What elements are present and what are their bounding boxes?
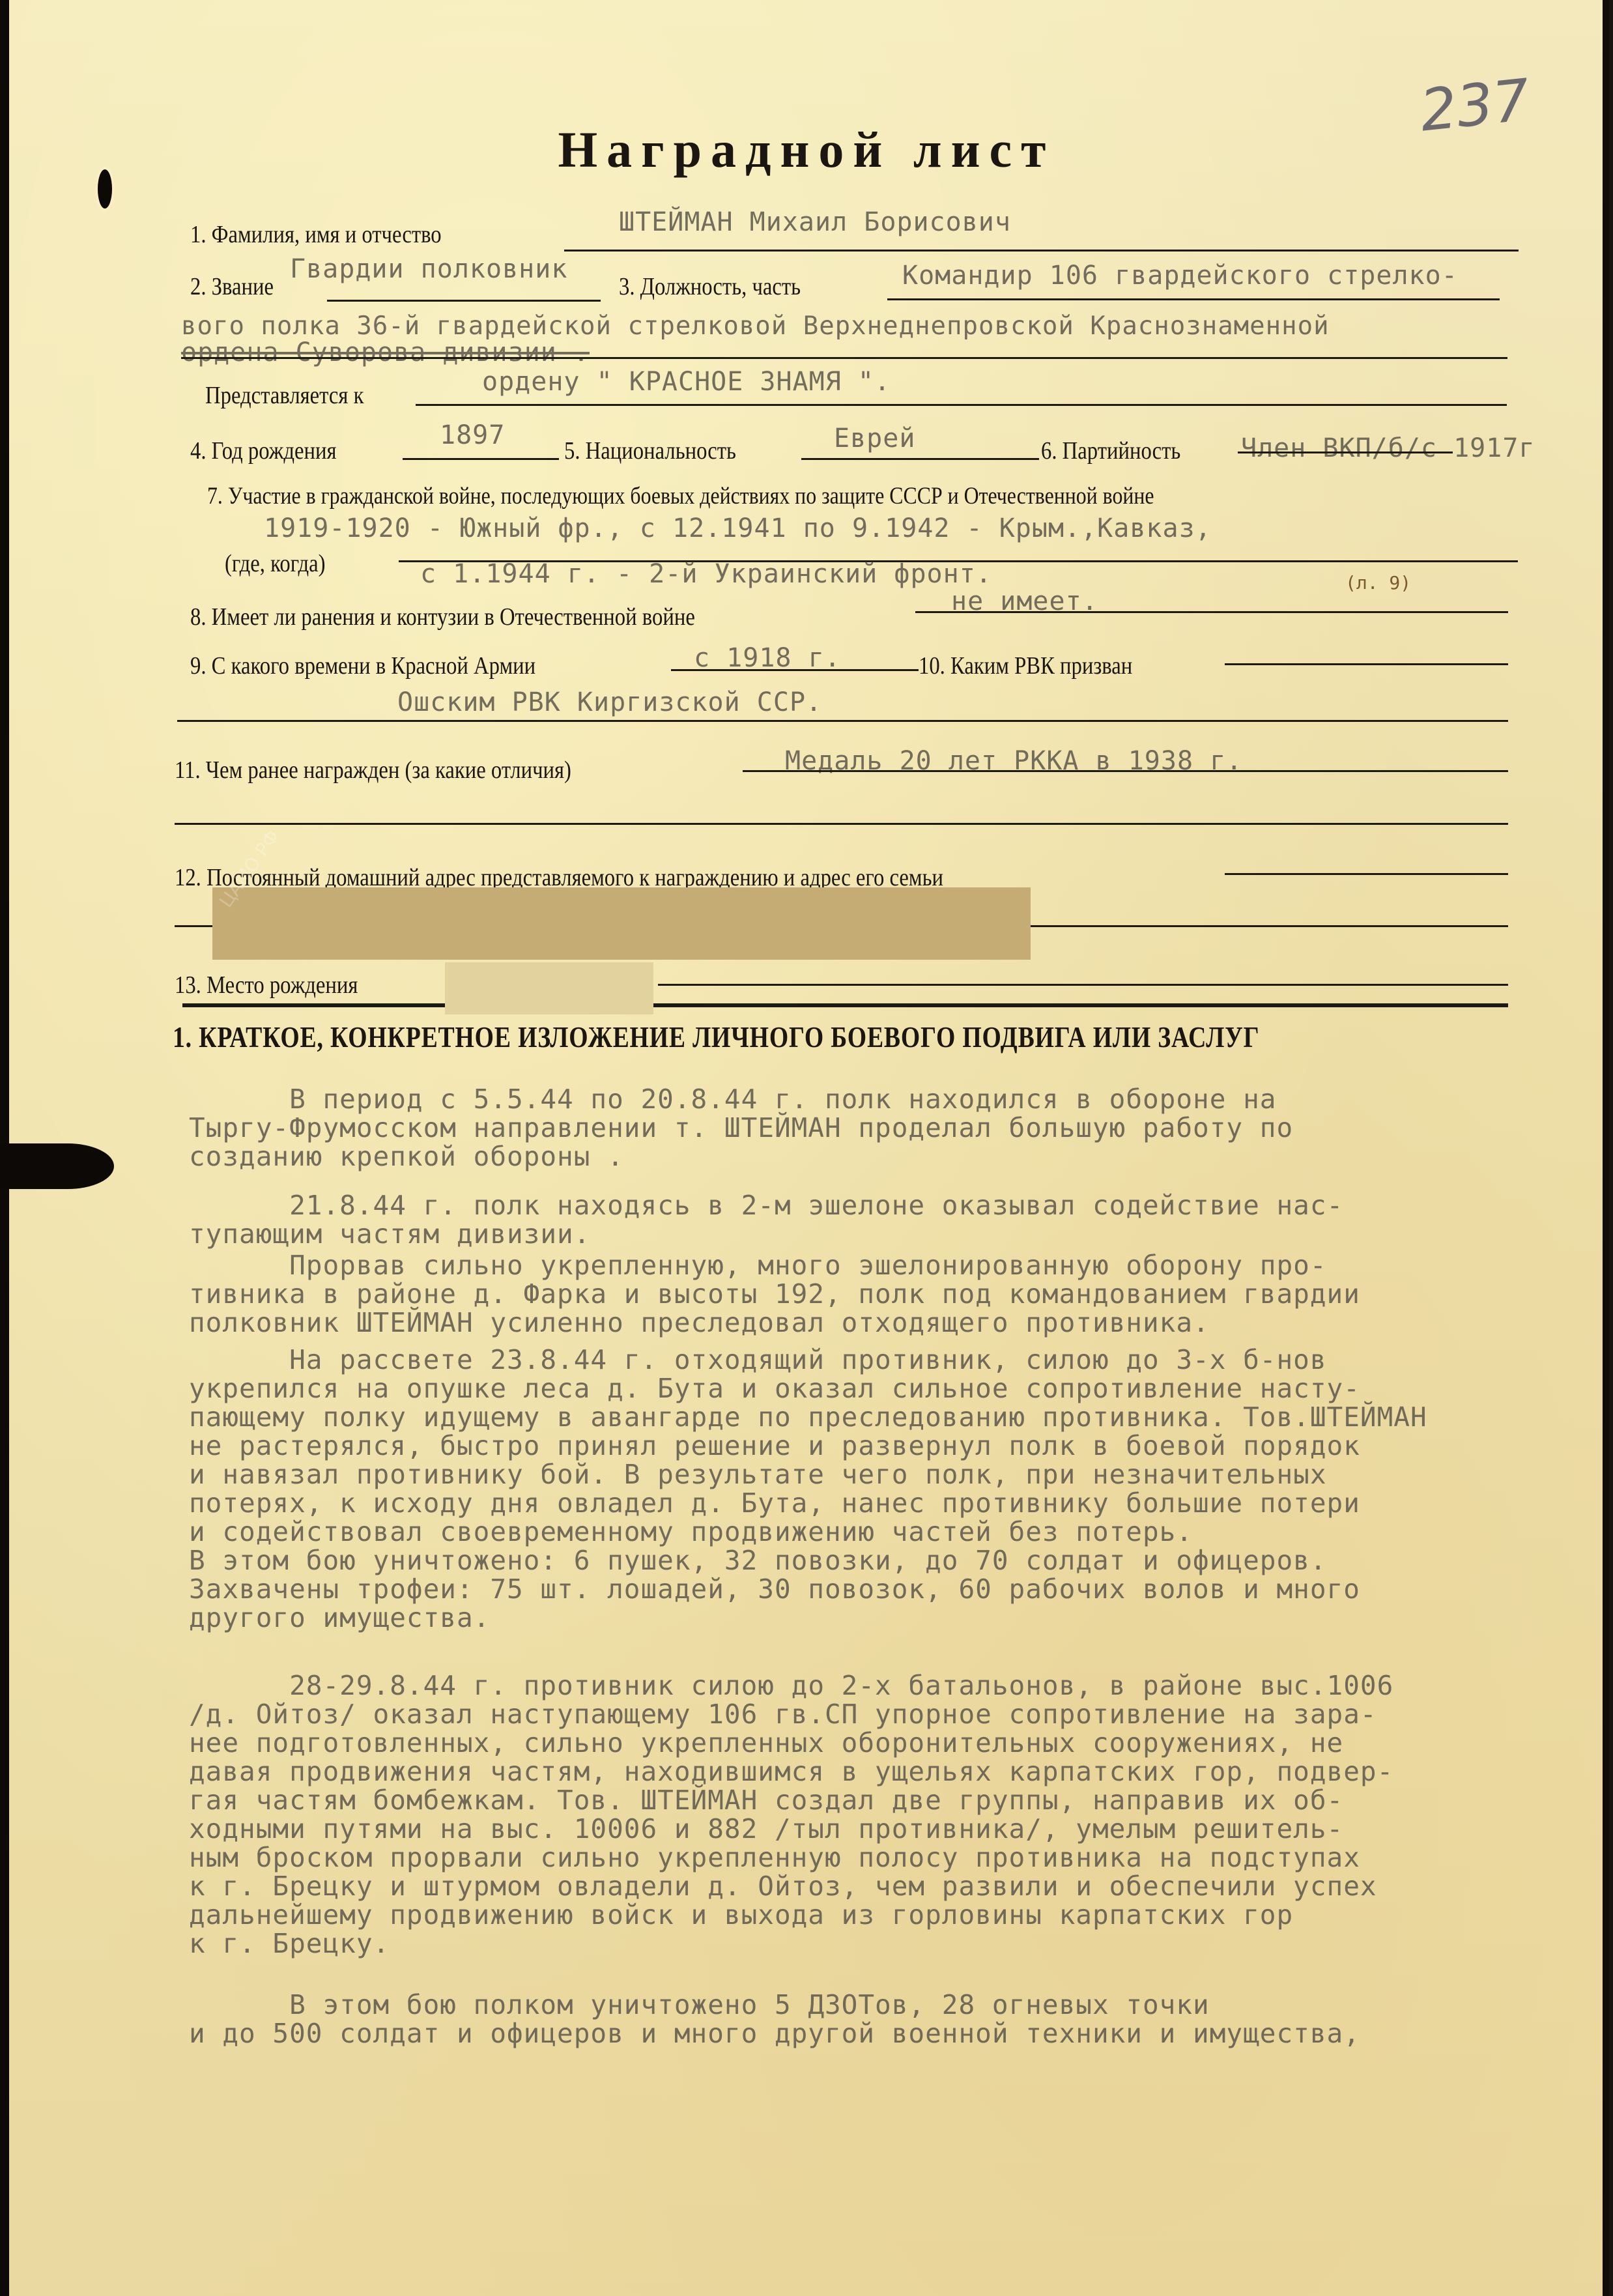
narrative-paragraph-2: 21.8.44 г. полк находясь в 2-м эшелоне о… <box>189 1191 1577 1248</box>
field-5-label: 5. Национальность <box>564 437 736 465</box>
document-title: Наградной лист <box>0 121 1613 179</box>
field-9-rule <box>671 669 919 671</box>
narrative-paragraph-4: На рассвете 23.8.44 г. отходящий противн… <box>189 1345 1577 1632</box>
field-11-rule <box>743 770 1508 772</box>
field-2-label: 2. Звание <box>190 272 274 301</box>
field-3-value-line1: Командир 106 гвардейского стрелко- <box>902 261 1458 291</box>
narrative-paragraph-3: Прорвав сильно укрепленную, много эшелон… <box>189 1251 1577 1337</box>
field-2-rule <box>327 300 601 302</box>
field-7-sublabel: (где, когда) <box>225 549 325 578</box>
field-11-rule-2 <box>175 823 1508 825</box>
field-10-rule-2 <box>177 720 1508 722</box>
archive-page-number: 237 <box>1417 66 1533 145</box>
field-8-rule <box>915 611 1508 613</box>
field-7-value-line2: с 1.1944 г. - 2-й Украинский фронт. <box>420 559 992 589</box>
field-8-label: 8. Имеет ли ранения и контузии в Отечест… <box>190 603 695 631</box>
address-redaction <box>212 887 1031 960</box>
narrative-paragraph-5: 28-29.8.44 г. противник силою до 2-х бат… <box>189 1671 1577 1958</box>
field-3-value-line2: вого полка 36-й гвардейской стрелковой В… <box>181 311 1330 341</box>
field-1-rule <box>564 250 1519 251</box>
field-5-value: Еврей <box>834 423 915 453</box>
birthplace-redaction <box>445 962 653 1014</box>
field-4-value: 1897 <box>440 420 505 450</box>
field-5-rule <box>801 458 1039 460</box>
field-7-label: 7. Участие в гражданской войне, последую… <box>207 482 1154 510</box>
field-3-rule-2 <box>181 357 1507 359</box>
field-1-label: 1. Фамилия, имя и отчество <box>190 220 442 249</box>
field-10-value: Ошским РВК Киргизской ССР. <box>397 687 822 717</box>
field-1-value: ШТЕЙМАН Михаил Борисович <box>619 207 1011 237</box>
field-10-rule <box>1225 663 1508 665</box>
field-10-label: 10. Каким РВК призван <box>919 652 1132 680</box>
field-13-rule-2 <box>182 1003 1508 1007</box>
field-3-rule <box>887 298 1500 300</box>
field-11-label: 11. Чем ранее награжден (за какие отличи… <box>175 756 571 784</box>
field-6-rule <box>1238 452 1453 453</box>
field-13-label: 13. Место рождения <box>175 971 358 999</box>
narrative-paragraph-6: В этом бою полком уничтожено 5 ДЗОТов, 2… <box>189 1990 1577 2048</box>
field-6-label: 6. Партийность <box>1041 437 1180 465</box>
field-7-value-line1: 1919-1920 - Южный фр., с 12.1941 по 9.19… <box>264 513 1212 543</box>
section-heading: 1. КРАТКОЕ, КОНКРЕТНОЕ ИЗЛОЖЕНИЕ ЛИЧНОГО… <box>173 1020 1260 1054</box>
binding-mark <box>0 1143 114 1189</box>
field-13-rule <box>658 984 1508 986</box>
margin-note: (л. 9) <box>1345 572 1411 594</box>
presented-label: Представляется к <box>205 381 364 410</box>
field-3-value-line3: ордена Суворова дивизии . <box>181 337 590 367</box>
presented-rule <box>416 404 1507 406</box>
field-4-rule <box>403 458 559 460</box>
field-9-label: 9. С какого времени в Красной Армии <box>190 652 535 680</box>
presented-value: ордену " КРАСНОЕ ЗНАМЯ ". <box>482 367 891 397</box>
field-2-value: Гвардии полковник <box>290 254 567 284</box>
narrative-paragraph-1: В период с 5.5.44 по 20.8.44 г. полк нах… <box>189 1085 1577 1171</box>
field-12-rule <box>1225 873 1508 875</box>
field-6-value: Член ВКП/б/с 1917г <box>1241 433 1535 463</box>
field-3-label: 3. Должность, часть <box>619 272 801 301</box>
field-4-label: 4. Год рождения <box>190 437 336 465</box>
